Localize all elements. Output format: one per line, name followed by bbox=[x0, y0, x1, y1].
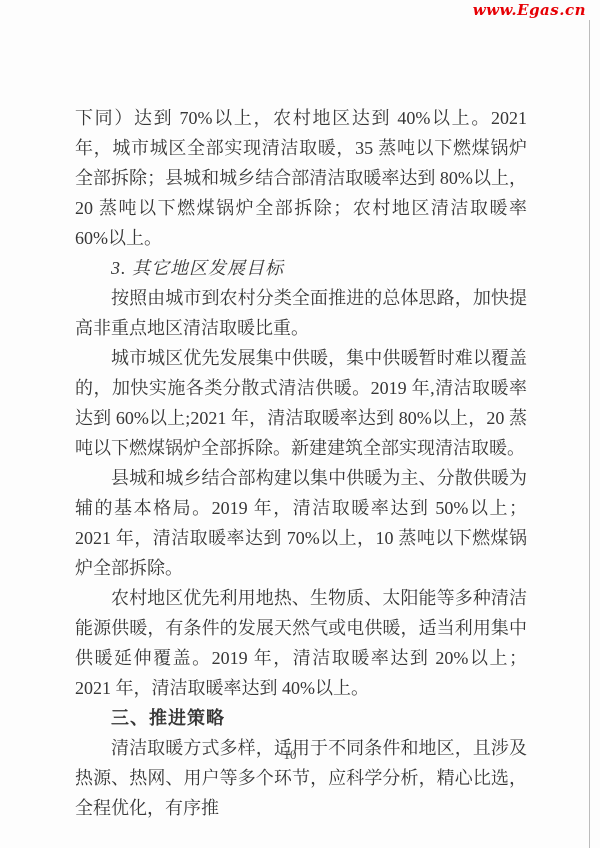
scan-edge-artifact bbox=[589, 20, 590, 848]
heading-promotion-strategy: 三、推进策略 bbox=[75, 703, 527, 733]
paragraph-goals-continuation: 下同）达到 70%以上，农村地区达到 40%以上。2021 年，城市城区全部实现… bbox=[75, 103, 527, 253]
page-number: 10 bbox=[75, 747, 505, 763]
paragraph-rural-areas: 农村地区优先利用地热、生物质、太阳能等多种清洁能源供暖，有条件的发展天然气或电供… bbox=[75, 583, 527, 703]
document-page: www.Egas.cn 下同）达到 70%以上，农村地区达到 40%以上。202… bbox=[0, 0, 600, 848]
site-watermark: www.Egas.cn bbox=[473, 1, 586, 19]
paragraph-urban-areas: 城市城区优先发展集中供暖，集中供暖暂时难以覆盖的，加快实施各类分散式清洁供暖。2… bbox=[75, 343, 527, 463]
heading-other-regions-goals: 3. 其它地区发展目标 bbox=[75, 253, 527, 283]
paragraph-county-areas: 县城和城乡结合部构建以集中供暖为主、分散供暖为辅的基本格局。2019 年，清洁取… bbox=[75, 463, 527, 583]
paragraph-overall-approach: 按照由城市到农村分类全面推进的总体思路，加快提高非重点地区清洁取暖比重。 bbox=[75, 283, 527, 343]
document-text-block: 下同）达到 70%以上，农村地区达到 40%以上。2021 年，城市城区全部实现… bbox=[75, 103, 527, 823]
